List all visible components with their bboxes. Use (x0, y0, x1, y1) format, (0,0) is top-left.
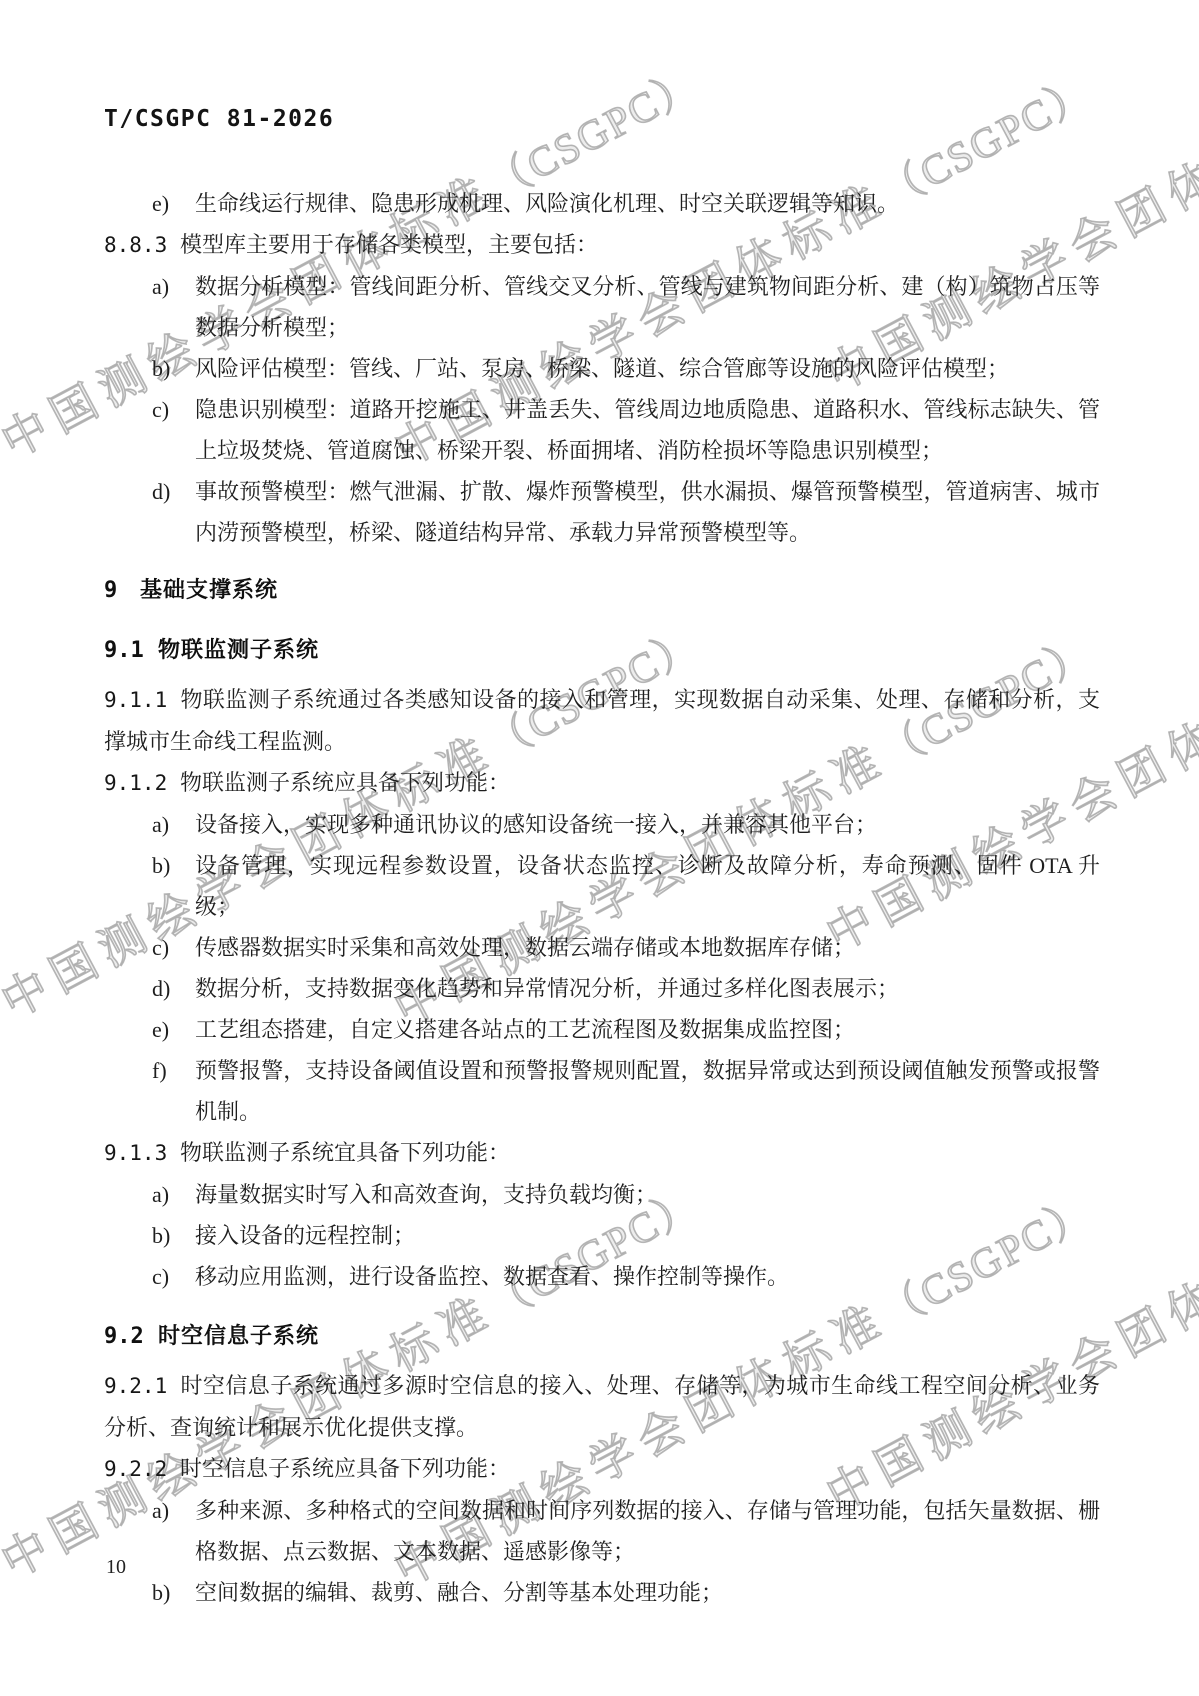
heading-9.2: 9.2时空信息子系统 (104, 1315, 1100, 1357)
list-item-a: a)设备接入，实现多种通讯协议的感知设备统一接入，并兼容其他平台； (104, 804, 1100, 845)
list-item-e: e)工艺组态搭建，自定义搭建各站点的工艺流程图及数据集成监控图； (104, 1009, 1100, 1050)
item-label: a) (152, 266, 169, 307)
item-label: f) (152, 1050, 167, 1091)
item-label: 9.1.3 (104, 1133, 180, 1174)
item-text: 模型库主要用于存储各类模型，主要包括： (180, 232, 598, 257)
heading-9.1: 9.1物联监测子系统 (104, 629, 1100, 671)
item-text: 数据分析，支持数据变化趋势和异常情况分析，并通过多样化图表展示； (195, 976, 899, 1001)
item-text: 传感器数据实时采集和高效处理，数据云端存储或本地数据库存储； (195, 935, 855, 960)
list-item-e: e)生命线运行规律、隐患形成机理、风险演化机理、时空关联逻辑等知识。 (104, 183, 1100, 224)
item-label: b) (152, 1215, 170, 1256)
item-label: b) (152, 1572, 170, 1613)
item-text: 物联监测子系统通过各类感知设备的接入和管理，实现数据自动采集、处理、存储和分析，… (104, 687, 1100, 754)
list-item-a: a)多种来源、多种格式的空间数据和时间序列数据的接入、存储与管理功能，包括矢量数… (104, 1490, 1100, 1572)
item-label: c) (152, 389, 169, 430)
list-item-f: f)预警报警，支持设备阈值设置和预警报警规则配置，数据异常或达到预设阈值触发预警… (104, 1050, 1100, 1132)
item-text: 事故预警模型：燃气泄漏、扩散、爆炸预警模型，供水漏损、爆管预警模型，管道病害、城… (195, 479, 1100, 545)
item-text: 时空信息子系统 (158, 1323, 319, 1348)
item-text: 时空信息子系统通过多源时空信息的接入、处理、存储等，为城市生命线工程空间分析、业… (104, 1373, 1100, 1440)
item-label: d) (152, 471, 170, 512)
item-label: a) (152, 1490, 169, 1531)
item-label: e) (152, 183, 169, 224)
item-text: 预警报警，支持设备阈值设置和预警报警规则配置，数据异常或达到预设阈值触发预警或报… (195, 1058, 1100, 1124)
item-text: 多种来源、多种格式的空间数据和时间序列数据的接入、存储与管理功能，包括矢量数据、… (195, 1498, 1100, 1564)
item-label: c) (152, 1256, 169, 1297)
heading-9: 9基础支撑系统 (104, 569, 1100, 611)
list-item-d: d)数据分析，支持数据变化趋势和异常情况分析，并通过多样化图表展示； (104, 968, 1100, 1009)
item-label: a) (152, 1174, 169, 1215)
list-item-b: b)设备管理，实现远程参数设置，设备状态监控、诊断及故障分析，寿命预测、固件 O… (104, 845, 1100, 927)
clause-9.1.1: 9.1.1物联监测子系统通过各类感知设备的接入和管理，实现数据自动采集、处理、存… (104, 679, 1100, 762)
list-item-c: c)隐患识别模型：道路开挖施工、井盖丢失、管线周边地质隐患、道路积水、管线标志缺… (104, 389, 1100, 471)
item-text: 设备管理，实现远程参数设置，设备状态监控、诊断及故障分析，寿命预测、固件 OTA… (195, 853, 1100, 919)
list-item-a: a)数据分析模型：管线间距分析、管线交叉分析、管线与建筑物间距分析、建（构）筑物… (104, 266, 1100, 348)
list-item-c: c)传感器数据实时采集和高效处理，数据云端存储或本地数据库存储； (104, 927, 1100, 968)
item-text: 接入设备的远程控制； (195, 1223, 415, 1248)
item-text: 移动应用监测，进行设备监控、数据查看、操作控制等操作。 (195, 1264, 789, 1289)
clause-9.1.3: 9.1.3物联监测子系统宜具备下列功能： (104, 1132, 1100, 1174)
item-text: 生命线运行规律、隐患形成机理、风险演化机理、时空关联逻辑等知识。 (195, 191, 899, 216)
item-text: 风险评估模型：管线、厂站、泵房、桥梁、隧道、综合管廊等设施的风险评估模型； (195, 356, 1009, 381)
item-label: 9 (104, 570, 140, 611)
list-item-b: b)接入设备的远程控制； (104, 1215, 1100, 1256)
item-label: d) (152, 968, 170, 1009)
item-text: 数据分析模型：管线间距分析、管线交叉分析、管线与建筑物间距分析、建（构）筑物占压… (195, 274, 1100, 340)
item-text: 时空信息子系统应具备下列功能： (180, 1456, 510, 1481)
list-item-b: b)风险评估模型：管线、厂站、泵房、桥梁、隧道、综合管廊等设施的风险评估模型； (104, 348, 1100, 389)
item-label: 9.1 (104, 630, 158, 671)
clause-9.2.2: 9.2.2时空信息子系统应具备下列功能： (104, 1448, 1100, 1490)
item-text: 海量数据实时写入和高效查询，支持负载均衡； (195, 1182, 657, 1207)
item-text: 物联监测子系统 (158, 637, 319, 662)
document-page: 中国测绘学会团体标准（CSGPC）中国测绘学会团体标准（CSGPC）中国测绘学会… (0, 0, 1199, 1696)
list-item-a: a)海量数据实时写入和高效查询，支持负载均衡； (104, 1174, 1100, 1215)
item-text: 基础支撑系统 (140, 577, 278, 602)
item-text: 空间数据的编辑、裁剪、融合、分割等基本处理功能； (195, 1580, 723, 1605)
content: e)生命线运行规律、隐患形成机理、风险演化机理、时空关联逻辑等知识。8.8.3模… (104, 183, 1100, 1613)
item-label: e) (152, 1009, 169, 1050)
list-item-c: c)移动应用监测，进行设备监控、数据查看、操作控制等操作。 (104, 1256, 1100, 1297)
item-label: a) (152, 804, 169, 845)
clause-9.1.2: 9.1.2物联监测子系统应具备下列功能： (104, 762, 1100, 804)
item-text: 物联监测子系统宜具备下列功能： (180, 1140, 510, 1165)
item-label: 9.2.1 (104, 1366, 180, 1407)
item-label: b) (152, 348, 170, 389)
doc-code: T/CSGPC 81-2026 (104, 106, 334, 132)
item-text: 物联监测子系统应具备下列功能： (180, 770, 510, 795)
page-number: 10 (106, 1556, 126, 1579)
item-label: c) (152, 927, 169, 968)
clause-8.8.3: 8.8.3模型库主要用于存储各类模型，主要包括： (104, 224, 1100, 266)
item-label: 9.2 (104, 1316, 158, 1357)
item-label: 9.1.2 (104, 763, 180, 804)
item-label: b) (152, 845, 170, 886)
item-text: 设备接入，实现多种通讯协议的感知设备统一接入，并兼容其他平台； (195, 812, 877, 837)
item-label: 9.2.2 (104, 1449, 180, 1490)
item-label: 8.8.3 (104, 225, 180, 266)
item-label: 9.1.1 (104, 680, 180, 721)
item-text: 隐患识别模型：道路开挖施工、井盖丢失、管线周边地质隐患、道路积水、管线标志缺失、… (195, 397, 1100, 463)
list-item-b: b)空间数据的编辑、裁剪、融合、分割等基本处理功能； (104, 1572, 1100, 1613)
item-text: 工艺组态搭建，自定义搭建各站点的工艺流程图及数据集成监控图； (195, 1017, 855, 1042)
clause-9.2.1: 9.2.1时空信息子系统通过多源时空信息的接入、处理、存储等，为城市生命线工程空… (104, 1365, 1100, 1448)
list-item-d: d)事故预警模型：燃气泄漏、扩散、爆炸预警模型，供水漏损、爆管预警模型，管道病害… (104, 471, 1100, 553)
